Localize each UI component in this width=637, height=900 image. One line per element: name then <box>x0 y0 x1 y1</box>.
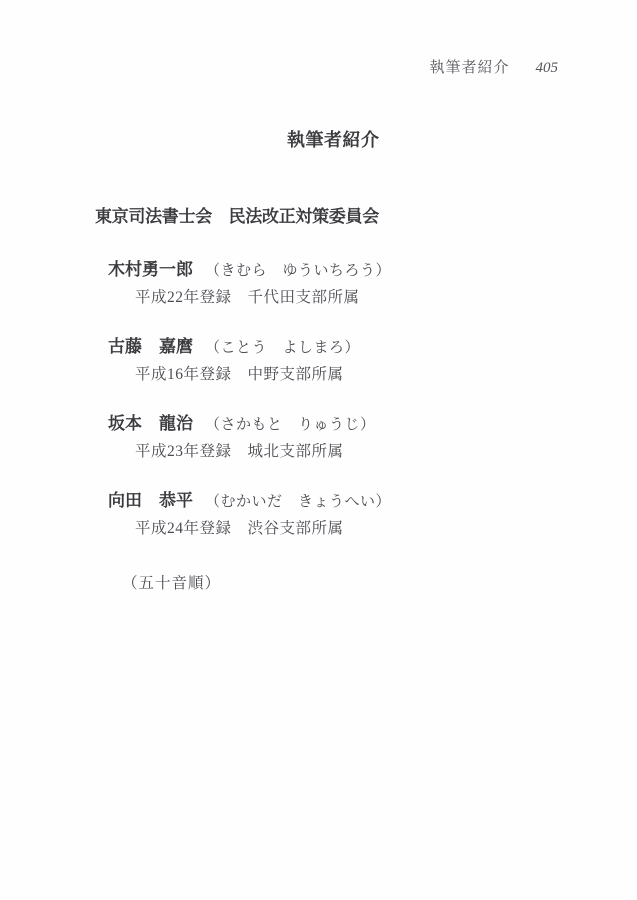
author-registration: 平成23年登録 城北支部所属 <box>0 442 637 462</box>
author-name: 坂本 龍治 <box>108 414 193 433</box>
author-entry: 木村勇一郎 （きむら ゆういちろう） 平成22年登録 千代田支部所属 <box>0 258 637 308</box>
author-name-line: 向田 恭平 （むかいだ きょうへい） <box>0 489 637 514</box>
author-entry: 坂本 龍治 （さかもと りゅうじ） 平成23年登録 城北支部所属 <box>0 412 637 462</box>
author-name-reading: （さかもと りゅうじ） <box>205 417 376 433</box>
author-name: 向田 恭平 <box>108 491 193 510</box>
author-name-reading: （きむら ゆういちろう） <box>205 263 391 279</box>
author-registration: 平成16年登録 中野支部所属 <box>0 365 637 385</box>
author-entry: 古藤 嘉麿 （ことう よしまろ） 平成16年登録 中野支部所属 <box>0 335 637 385</box>
author-registration: 平成22年登録 千代田支部所属 <box>0 288 637 308</box>
author-list: 木村勇一郎 （きむら ゆういちろう） 平成22年登録 千代田支部所属 古藤 嘉麿… <box>0 0 637 900</box>
author-name: 古藤 嘉麿 <box>108 337 193 356</box>
author-name-line: 坂本 龍治 （さかもと りゅうじ） <box>0 412 637 437</box>
author-name-reading: （ことう よしまろ） <box>205 340 360 356</box>
author-name: 木村勇一郎 <box>108 260 193 279</box>
author-name-line: 木村勇一郎 （きむら ゆういちろう） <box>0 258 637 283</box>
author-entry: 向田 恭平 （むかいだ きょうへい） 平成24年登録 渋谷支部所属 <box>0 489 637 539</box>
author-name-line: 古藤 嘉麿 （ことう よしまろ） <box>0 335 637 360</box>
author-name-reading: （むかいだ きょうへい） <box>205 494 391 510</box>
ordering-note: （五十音順） <box>122 571 221 593</box>
book-page: 執筆者紹介 405 執筆者紹介 東京司法書士会 民法改正対策委員会 木村勇一郎 … <box>0 0 637 900</box>
author-registration: 平成24年登録 渋谷支部所属 <box>0 519 637 539</box>
